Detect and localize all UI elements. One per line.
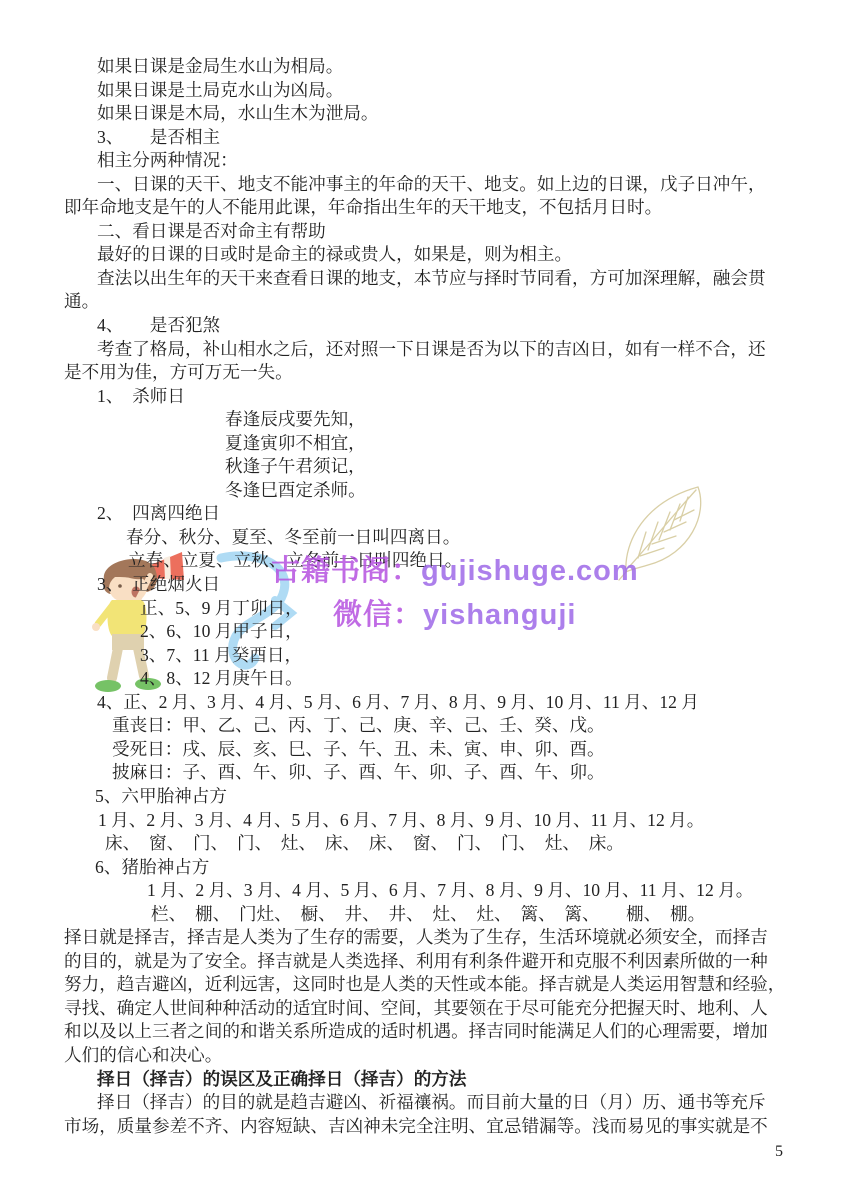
text-line: 努力，趋吉避凶，近利远害，这同时也是人类的天性或本能。择吉就是人类运用智慧和经验… [64, 973, 788, 997]
text-line: 秋逢子午君须记， [64, 455, 788, 479]
text-line: 择日就是择吉，择吉是人类为了生存的需要，人类为了生存，生活环境就必须安全，而择吉 [64, 926, 788, 950]
text-line: 是不用为佳，方可万无一失。 [64, 361, 788, 385]
text-line: 春逢辰戌要先知， [64, 408, 788, 432]
text-line: 通。 [64, 290, 788, 314]
text-line: 1、 杀师日 [64, 385, 788, 409]
text-line: 5、六甲胎神占方 [64, 785, 788, 809]
watermark-site: 古籍书阁：gujishuge.com [271, 548, 639, 589]
text-line: 市场，质量参差不齐、内容短缺、吉凶神未完全注明、宜忌错漏等。浅而易见的事实就是不 [64, 1115, 788, 1139]
text-line: 人们的信心和决心。 [64, 1044, 788, 1068]
text-line: 6、猪胎神占方 [64, 856, 788, 880]
text-line: 一、日课的天干、地支不能冲事主的年命的天干、地支。如上边的日课，戊子日冲午， [64, 173, 788, 197]
text-line: 1 月、2 月、3 月、4 月、5 月、6 月、7 月、8 月、9 月、10 月… [64, 879, 788, 903]
watermark-site-domain: gujishuge.com [421, 555, 639, 587]
text-line: 择日（择吉）的误区及正确择日（择吉）的方法 [64, 1068, 788, 1092]
text-line: 4、 是否犯煞 [64, 314, 788, 338]
text-line: 二、看日课是否对命主有帮助 [64, 220, 788, 244]
text-line: 床、 窗、 门、 门、 灶、 床、 床、 窗、 门、 门、 灶、 床。 [64, 832, 788, 856]
text-line: 2、 四离四绝日 [64, 502, 788, 526]
text-line: 重丧日：甲、乙、己、丙、丁、己、庚、辛、己、壬、癸、戊。 [64, 714, 788, 738]
text-line: 考查了格局，补山相水之后，还对照一下日课是否为以下的吉凶日，如有一样不合，还 [64, 338, 788, 362]
text-line: 如果日课是木局，水山生木为泄局。 [64, 102, 788, 126]
text-line: 冬逢巳酉定杀师。 [64, 479, 788, 503]
text-line: 的目的，就是为了安全。择吉就是人类选择、利用有利条件避开和克服不利因素所做的一种 [64, 950, 788, 974]
watermark-site-cn: 古籍书阁： [271, 555, 421, 587]
text-line: 夏逢寅卯不相宜， [64, 432, 788, 456]
text-line: 4、正、2 月、3 月、4 月、5 月、6 月、7 月、8 月、9 月、10 月… [64, 691, 788, 715]
text-line: 4、8、12 月庚午日。 [64, 667, 788, 691]
text-line: 和以及以上三者之间的和谐关系所造成的适时机遇。择吉同时能满足人们的心理需要，增加 [64, 1020, 788, 1044]
text-line: 择日（择吉）的目的就是趋吉避凶、祈福禳祸。而目前大量的日（月）历、通书等充斥 [64, 1091, 788, 1115]
text-line: 春分、秋分、夏至、冬至前一日叫四离日。 [64, 526, 788, 550]
text-line: 相主分两种情况： [64, 149, 788, 173]
text-line: 栏、 棚、 门灶、 橱、 井、 井、 灶、 灶、 篱、 篱、 棚、 棚。 [64, 903, 788, 927]
watermark-wechat: 微信：yishanguji [333, 592, 576, 633]
text-line: 最好的日课的日或时是命主的禄或贵人，如果是，则为相主。 [64, 243, 788, 267]
text-line: 3、 是否相主 [64, 126, 788, 150]
text-line: 受死日：戌、辰、亥、巳、子、午、丑、未、寅、申、卯、酉。 [64, 738, 788, 762]
text-line: 寻找、确定人世间种种活动的适宜时间、空间，其要领在于尽可能充分把握天时、地利、人 [64, 997, 788, 1021]
text-line: 如果日课是土局克水山为凶局。 [64, 79, 788, 103]
text-line: 即年命地支是午的人不能用此课，年命指出生年的天干地支，不包括月日时。 [64, 196, 788, 220]
page-number: 5 [775, 1143, 783, 1161]
text-line: 如果日课是金局生水山为相局。 [64, 55, 788, 79]
text-line: 1 月、2 月、3 月、4 月、5 月、6 月、7 月、8 月、9 月、10 月… [64, 809, 788, 833]
watermark-wechat-id: yishanguji [423, 599, 576, 631]
text-line: 披麻日：子、酉、午、卯、子、酉、午、卯、子、酉、午、卯。 [64, 761, 788, 785]
text-line: 查法以出生年的天干来查看日课的地支，本节应与择时节同看，方可加深理解，融会贯 [64, 267, 788, 291]
document-page: 如果日课是金局生水山为相局。如果日课是土局克水山为凶局。如果日课是木局，水山生木… [0, 0, 851, 1192]
watermark-wechat-label: 微信： [333, 599, 423, 631]
text-line: 3、7、11 月癸酉日， [64, 644, 788, 668]
